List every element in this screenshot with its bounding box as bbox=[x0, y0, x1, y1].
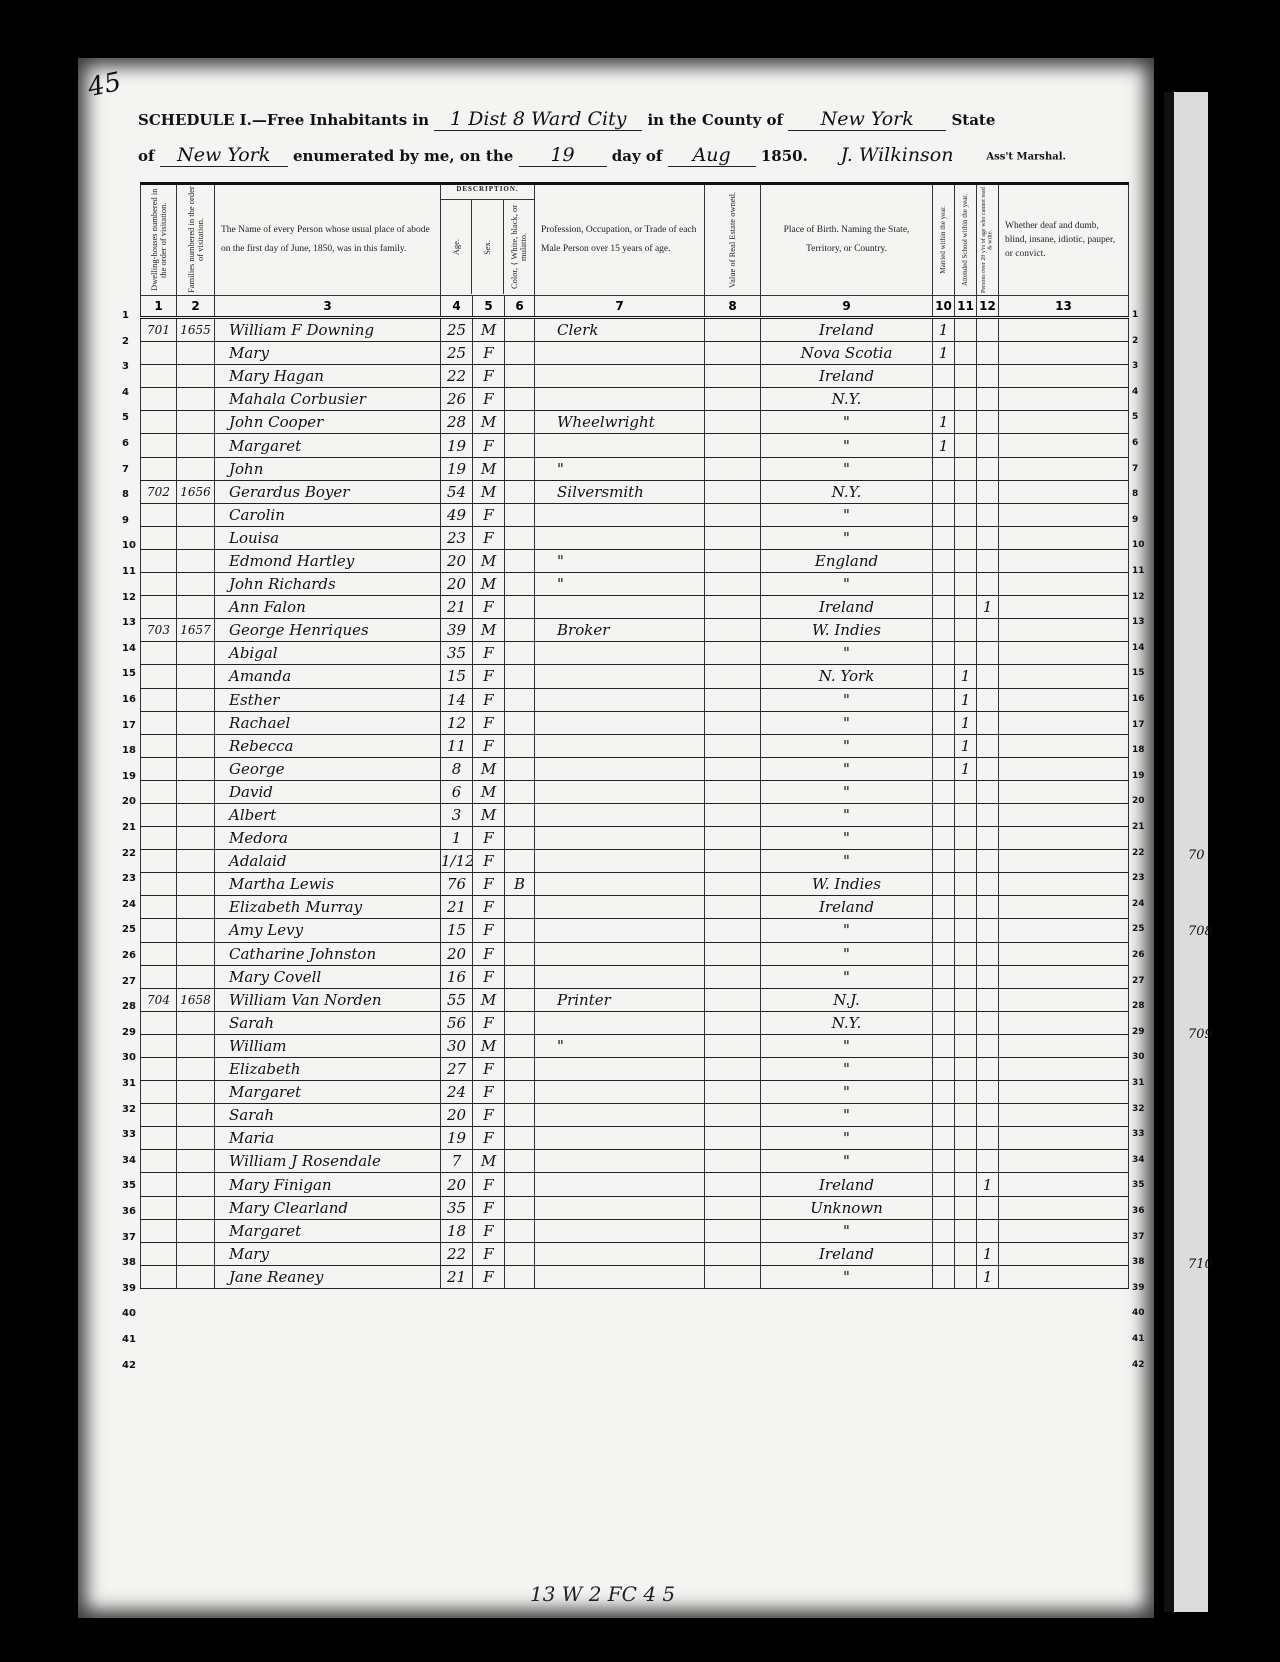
cell-married bbox=[933, 1196, 955, 1219]
census-row: Amanda15FN. York1 bbox=[141, 665, 1129, 688]
census-row: Mary25FNova Scotia1 bbox=[141, 342, 1129, 365]
cell-married: 1 bbox=[933, 411, 955, 434]
cell-illiterate bbox=[977, 1058, 999, 1081]
line-number-right: 25 bbox=[1132, 924, 1145, 934]
line-number-right: 12 bbox=[1132, 592, 1145, 602]
cell-name: Gerardus Boyer bbox=[215, 480, 441, 503]
cell-age: 26 bbox=[441, 388, 473, 411]
col-header-illiterate: Persons over 20 y'rs of age who cannot r… bbox=[977, 184, 999, 296]
of-label: of bbox=[138, 147, 154, 165]
line-number: 29 bbox=[122, 1027, 136, 1038]
cell-occupation bbox=[535, 342, 705, 365]
cell-occupation bbox=[535, 1104, 705, 1127]
cell-sex: F bbox=[473, 965, 505, 988]
line-number-right: 18 bbox=[1132, 745, 1145, 755]
cell-age: 16 bbox=[441, 965, 473, 988]
cell-real-estate bbox=[705, 318, 761, 342]
cell-illiterate bbox=[977, 549, 999, 572]
cell-sex: M bbox=[473, 803, 505, 826]
cell-name: Amanda bbox=[215, 665, 441, 688]
cell-illiterate bbox=[977, 850, 999, 873]
cell-age: 25 bbox=[441, 342, 473, 365]
cell-occupation bbox=[535, 434, 705, 457]
cell-school bbox=[955, 1081, 977, 1104]
cell-occupation bbox=[535, 1265, 705, 1288]
cell-family bbox=[177, 1173, 215, 1196]
cell-real-estate bbox=[705, 1150, 761, 1173]
county-label: in the County of bbox=[647, 111, 783, 129]
col-header-color: Color, { White, black, or mulatto. bbox=[504, 200, 534, 294]
cell-dwelling bbox=[141, 1265, 177, 1288]
line-number-right: 28 bbox=[1132, 1001, 1145, 1011]
cell-family bbox=[177, 1081, 215, 1104]
census-row: Albert3M" bbox=[141, 803, 1129, 826]
cell-illiterate bbox=[977, 734, 999, 757]
cell-married bbox=[933, 503, 955, 526]
cell-condition bbox=[999, 1034, 1129, 1057]
cell-illiterate bbox=[977, 619, 999, 642]
cell-occupation bbox=[535, 665, 705, 688]
census-row: Louisa23F" bbox=[141, 526, 1129, 549]
cell-sex: M bbox=[473, 318, 505, 342]
cell-school bbox=[955, 642, 977, 665]
census-row: Maria19F" bbox=[141, 1127, 1129, 1150]
cell-school bbox=[955, 827, 977, 850]
cell-family bbox=[177, 873, 215, 896]
cell-dwelling bbox=[141, 342, 177, 365]
cell-name: Margaret bbox=[215, 1081, 441, 1104]
line-number-right: 34 bbox=[1132, 1155, 1145, 1165]
cell-birthplace: N. York bbox=[761, 665, 933, 688]
cell-color bbox=[505, 757, 535, 780]
line-number-right: 33 bbox=[1132, 1129, 1145, 1139]
cell-real-estate bbox=[705, 388, 761, 411]
cell-birthplace: Ireland bbox=[761, 1242, 933, 1265]
cell-sex: M bbox=[473, 411, 505, 434]
cell-school bbox=[955, 942, 977, 965]
line-number: 32 bbox=[122, 1104, 136, 1115]
cell-family bbox=[177, 1196, 215, 1219]
cell-sex: F bbox=[473, 1219, 505, 1242]
col-header-real-estate: Value of Real Estate owned. bbox=[705, 184, 761, 296]
cell-condition bbox=[999, 688, 1129, 711]
cell-married bbox=[933, 1150, 955, 1173]
census-row: Mary Hagan22FIreland bbox=[141, 365, 1129, 388]
cell-condition bbox=[999, 850, 1129, 873]
census-row: Rebecca11F"1 bbox=[141, 734, 1129, 757]
cell-family bbox=[177, 711, 215, 734]
cell-birthplace: " bbox=[761, 434, 933, 457]
cell-name: John Cooper bbox=[215, 411, 441, 434]
cell-school bbox=[955, 318, 977, 342]
cell-dwelling bbox=[141, 1034, 177, 1057]
cell-age: 54 bbox=[441, 480, 473, 503]
cell-school bbox=[955, 780, 977, 803]
cell-school bbox=[955, 1150, 977, 1173]
cell-color bbox=[505, 365, 535, 388]
line-number: 36 bbox=[122, 1206, 136, 1217]
line-number-right: 39 bbox=[1132, 1283, 1145, 1293]
cell-real-estate bbox=[705, 619, 761, 642]
cell-condition bbox=[999, 619, 1129, 642]
cell-age: 35 bbox=[441, 1196, 473, 1219]
cell-sex: F bbox=[473, 688, 505, 711]
cell-dwelling bbox=[141, 942, 177, 965]
census-row: Martha Lewis76FBW. Indies bbox=[141, 873, 1129, 896]
line-number: 38 bbox=[122, 1257, 136, 1268]
cell-real-estate bbox=[705, 480, 761, 503]
line-number: 3 bbox=[122, 361, 129, 372]
cell-condition bbox=[999, 988, 1129, 1011]
cell-color bbox=[505, 526, 535, 549]
cell-family bbox=[177, 942, 215, 965]
cell-age: 19 bbox=[441, 1127, 473, 1150]
line-number-right: 10 bbox=[1132, 540, 1145, 550]
cell-dwelling bbox=[141, 457, 177, 480]
adjacent-page-note: 70 bbox=[1188, 848, 1205, 863]
cell-illiterate bbox=[977, 1150, 999, 1173]
cell-married bbox=[933, 711, 955, 734]
district-field: 1 Dist 8 Ward City bbox=[434, 108, 642, 131]
cell-real-estate bbox=[705, 734, 761, 757]
cell-age: 39 bbox=[441, 619, 473, 642]
cell-illiterate bbox=[977, 757, 999, 780]
cell-school bbox=[955, 988, 977, 1011]
line-number-right: 1 bbox=[1132, 310, 1138, 320]
cell-birthplace: " bbox=[761, 780, 933, 803]
cell-sex: M bbox=[473, 757, 505, 780]
cell-age: 56 bbox=[441, 1011, 473, 1034]
cell-sex: M bbox=[473, 480, 505, 503]
cell-married: 1 bbox=[933, 342, 955, 365]
cell-color bbox=[505, 573, 535, 596]
line-number-right: 30 bbox=[1132, 1052, 1145, 1062]
cell-name: William bbox=[215, 1034, 441, 1057]
cell-name: Albert bbox=[215, 803, 441, 826]
cell-birthplace: N.Y. bbox=[761, 388, 933, 411]
cell-real-estate bbox=[705, 365, 761, 388]
cell-dwelling bbox=[141, 1058, 177, 1081]
cell-birthplace: Ireland bbox=[761, 1173, 933, 1196]
cell-condition bbox=[999, 919, 1129, 942]
cell-name: Carolin bbox=[215, 503, 441, 526]
cell-dwelling bbox=[141, 1104, 177, 1127]
cell-illiterate bbox=[977, 988, 999, 1011]
cell-name: Margaret bbox=[215, 434, 441, 457]
cell-family bbox=[177, 1150, 215, 1173]
cell-occupation: Broker bbox=[535, 619, 705, 642]
cell-age: 6 bbox=[441, 780, 473, 803]
cell-dwelling bbox=[141, 734, 177, 757]
cell-dwelling: 703 bbox=[141, 619, 177, 642]
cell-occupation bbox=[535, 1011, 705, 1034]
cell-condition bbox=[999, 757, 1129, 780]
census-row: Mary Covell16F" bbox=[141, 965, 1129, 988]
cell-dwelling bbox=[141, 780, 177, 803]
cell-dwelling bbox=[141, 411, 177, 434]
line-number: 16 bbox=[122, 694, 136, 705]
cell-birthplace: " bbox=[761, 850, 933, 873]
cell-condition bbox=[999, 965, 1129, 988]
cell-married bbox=[933, 365, 955, 388]
cell-condition bbox=[999, 342, 1129, 365]
cell-illiterate bbox=[977, 1104, 999, 1127]
census-row: Mary Clearland35FUnknown bbox=[141, 1196, 1129, 1219]
cell-sex: F bbox=[473, 850, 505, 873]
cell-married bbox=[933, 1034, 955, 1057]
census-row: 7041658William Van Norden55MPrinterN.J. bbox=[141, 988, 1129, 1011]
cell-family bbox=[177, 1127, 215, 1150]
cell-illiterate bbox=[977, 503, 999, 526]
cell-color bbox=[505, 1034, 535, 1057]
line-number-right: 36 bbox=[1132, 1206, 1145, 1216]
cell-real-estate bbox=[705, 711, 761, 734]
cell-dwelling: 704 bbox=[141, 988, 177, 1011]
cell-name: George bbox=[215, 757, 441, 780]
cell-married bbox=[933, 480, 955, 503]
adjacent-page-note: 709 bbox=[1188, 1027, 1213, 1042]
cell-dwelling bbox=[141, 873, 177, 896]
cell-color bbox=[505, 619, 535, 642]
cell-age: 1/12 bbox=[441, 850, 473, 873]
cell-dwelling bbox=[141, 1150, 177, 1173]
cell-birthplace: Ireland bbox=[761, 896, 933, 919]
cell-birthplace: " bbox=[761, 919, 933, 942]
cell-name: Catharine Johnston bbox=[215, 942, 441, 965]
cell-color bbox=[505, 711, 535, 734]
cell-birthplace: Ireland bbox=[761, 596, 933, 619]
line-number-right: 9 bbox=[1132, 515, 1138, 525]
cell-condition bbox=[999, 665, 1129, 688]
cell-sex: M bbox=[473, 457, 505, 480]
cell-birthplace: " bbox=[761, 457, 933, 480]
cell-occupation: Wheelwright bbox=[535, 411, 705, 434]
cell-occupation bbox=[535, 1081, 705, 1104]
cell-school bbox=[955, 411, 977, 434]
cell-occupation bbox=[535, 1150, 705, 1173]
cell-occupation bbox=[535, 873, 705, 896]
column-number-row: 123 456 789 101112 13 bbox=[141, 296, 1129, 318]
census-row: 7021656Gerardus Boyer54MSilversmithN.Y. bbox=[141, 480, 1129, 503]
line-number-right: 17 bbox=[1132, 720, 1145, 730]
line-number-right: 22 bbox=[1132, 848, 1145, 858]
cell-married: 1 bbox=[933, 318, 955, 342]
cell-illiterate bbox=[977, 942, 999, 965]
cell-dwelling bbox=[141, 1242, 177, 1265]
line-number-right: 27 bbox=[1132, 976, 1145, 986]
cell-real-estate bbox=[705, 503, 761, 526]
cell-family bbox=[177, 1058, 215, 1081]
cell-age: 23 bbox=[441, 526, 473, 549]
cell-birthplace: " bbox=[761, 411, 933, 434]
cell-color bbox=[505, 411, 535, 434]
line-number-right: 15 bbox=[1132, 668, 1145, 678]
cell-condition bbox=[999, 503, 1129, 526]
enumeration-line: of New York enumerated by me, on the 19 … bbox=[138, 144, 1066, 167]
cell-school bbox=[955, 1242, 977, 1265]
cell-school bbox=[955, 1034, 977, 1057]
line-number-right: 2 bbox=[1132, 336, 1138, 346]
census-row: Abigal35F" bbox=[141, 642, 1129, 665]
cell-married bbox=[933, 665, 955, 688]
cell-dwelling bbox=[141, 642, 177, 665]
cell-married: 1 bbox=[933, 434, 955, 457]
cell-age: 3 bbox=[441, 803, 473, 826]
line-number-right: 37 bbox=[1132, 1232, 1145, 1242]
cell-color bbox=[505, 1127, 535, 1150]
cell-real-estate bbox=[705, 1219, 761, 1242]
cell-married bbox=[933, 526, 955, 549]
cell-school bbox=[955, 803, 977, 826]
cell-school bbox=[955, 526, 977, 549]
census-row: Rachael12F"1 bbox=[141, 711, 1129, 734]
cell-sex: F bbox=[473, 896, 505, 919]
cell-real-estate bbox=[705, 1242, 761, 1265]
schedule-label: SCHEDULE I.—Free Inhabitants in bbox=[138, 111, 429, 129]
cell-condition bbox=[999, 1104, 1129, 1127]
cell-color bbox=[505, 503, 535, 526]
cell-condition bbox=[999, 873, 1129, 896]
cell-color bbox=[505, 318, 535, 342]
cell-married bbox=[933, 596, 955, 619]
cell-occupation: " bbox=[535, 573, 705, 596]
cell-school bbox=[955, 596, 977, 619]
cell-sex: F bbox=[473, 596, 505, 619]
cell-name: Rebecca bbox=[215, 734, 441, 757]
cell-color bbox=[505, 827, 535, 850]
line-number: 15 bbox=[122, 668, 136, 679]
line-number: 23 bbox=[122, 873, 136, 884]
cell-illiterate bbox=[977, 803, 999, 826]
cell-dwelling bbox=[141, 1219, 177, 1242]
line-number: 34 bbox=[122, 1155, 136, 1166]
cell-occupation bbox=[535, 780, 705, 803]
cell-birthplace: N.J. bbox=[761, 988, 933, 1011]
cell-married bbox=[933, 619, 955, 642]
cell-sex: F bbox=[473, 342, 505, 365]
cell-condition bbox=[999, 803, 1129, 826]
cell-illiterate bbox=[977, 896, 999, 919]
cell-occupation bbox=[535, 896, 705, 919]
cell-birthplace: W. Indies bbox=[761, 873, 933, 896]
cell-condition bbox=[999, 1058, 1129, 1081]
cell-dwelling bbox=[141, 1011, 177, 1034]
cell-family bbox=[177, 734, 215, 757]
cell-real-estate bbox=[705, 1173, 761, 1196]
cell-color bbox=[505, 596, 535, 619]
census-row: William J Rosendale7M" bbox=[141, 1150, 1129, 1173]
cell-color bbox=[505, 1219, 535, 1242]
cell-birthplace: England bbox=[761, 549, 933, 572]
line-number-right: 3 bbox=[1132, 361, 1138, 371]
cell-sex: F bbox=[473, 503, 505, 526]
cell-name: Rachael bbox=[215, 711, 441, 734]
cell-married bbox=[933, 965, 955, 988]
line-number: 30 bbox=[122, 1052, 136, 1063]
census-row: 7011655William F Downing25MClerkIreland1 bbox=[141, 318, 1129, 342]
cell-birthplace: " bbox=[761, 1104, 933, 1127]
cell-real-estate bbox=[705, 642, 761, 665]
cell-occupation bbox=[535, 827, 705, 850]
line-number: 14 bbox=[122, 643, 136, 654]
cell-age: 27 bbox=[441, 1058, 473, 1081]
cell-school bbox=[955, 457, 977, 480]
cell-name: Sarah bbox=[215, 1104, 441, 1127]
cell-school bbox=[955, 965, 977, 988]
cell-condition bbox=[999, 457, 1129, 480]
line-number-right: 41 bbox=[1132, 1334, 1145, 1344]
cell-illiterate bbox=[977, 1127, 999, 1150]
cell-family bbox=[177, 573, 215, 596]
cell-real-estate bbox=[705, 1034, 761, 1057]
line-number: 20 bbox=[122, 796, 136, 807]
line-number-right: 21 bbox=[1132, 822, 1145, 832]
cell-real-estate bbox=[705, 342, 761, 365]
cell-birthplace: " bbox=[761, 757, 933, 780]
line-number: 26 bbox=[122, 950, 136, 961]
census-row: Edmond Hartley20M"England bbox=[141, 549, 1129, 572]
cell-real-estate bbox=[705, 1058, 761, 1081]
cell-real-estate bbox=[705, 549, 761, 572]
col-header-age: Age. bbox=[441, 200, 472, 294]
cell-name: William Van Norden bbox=[215, 988, 441, 1011]
cell-school bbox=[955, 549, 977, 572]
cell-name: David bbox=[215, 780, 441, 803]
line-number-right: 14 bbox=[1132, 643, 1145, 653]
census-row: John Richards20M"" bbox=[141, 573, 1129, 596]
line-number-right: 38 bbox=[1132, 1257, 1145, 1267]
cell-sex: F bbox=[473, 1058, 505, 1081]
cell-family bbox=[177, 757, 215, 780]
cell-illiterate: 1 bbox=[977, 1265, 999, 1288]
cell-condition bbox=[999, 596, 1129, 619]
cell-birthplace: W. Indies bbox=[761, 619, 933, 642]
line-number-right: 29 bbox=[1132, 1027, 1145, 1037]
cell-real-estate bbox=[705, 411, 761, 434]
cell-age: 20 bbox=[441, 1173, 473, 1196]
cell-name: Elizabeth Murray bbox=[215, 896, 441, 919]
cell-name: Medora bbox=[215, 827, 441, 850]
census-row: Esther14F"1 bbox=[141, 688, 1129, 711]
cell-color bbox=[505, 1265, 535, 1288]
cell-age: 20 bbox=[441, 549, 473, 572]
line-number: 19 bbox=[122, 771, 136, 782]
cell-birthplace: " bbox=[761, 526, 933, 549]
cell-birthplace: " bbox=[761, 965, 933, 988]
cell-illiterate bbox=[977, 1011, 999, 1034]
cell-occupation: Printer bbox=[535, 988, 705, 1011]
cell-illiterate bbox=[977, 457, 999, 480]
cell-married bbox=[933, 642, 955, 665]
cell-name: Mary Hagan bbox=[215, 365, 441, 388]
cell-condition bbox=[999, 318, 1129, 342]
cell-occupation: " bbox=[535, 549, 705, 572]
cell-name: George Henriques bbox=[215, 619, 441, 642]
cell-family bbox=[177, 827, 215, 850]
cell-family bbox=[177, 642, 215, 665]
cell-name: John bbox=[215, 457, 441, 480]
census-row: Mary22FIreland1 bbox=[141, 1242, 1129, 1265]
cell-married bbox=[933, 780, 955, 803]
cell-family bbox=[177, 780, 215, 803]
cell-condition bbox=[999, 1242, 1129, 1265]
cell-illiterate bbox=[977, 827, 999, 850]
cell-color bbox=[505, 919, 535, 942]
cell-age: 28 bbox=[441, 411, 473, 434]
enumerated-label: enumerated by me, on the bbox=[293, 147, 513, 165]
cell-name: William J Rosendale bbox=[215, 1150, 441, 1173]
cell-married bbox=[933, 803, 955, 826]
